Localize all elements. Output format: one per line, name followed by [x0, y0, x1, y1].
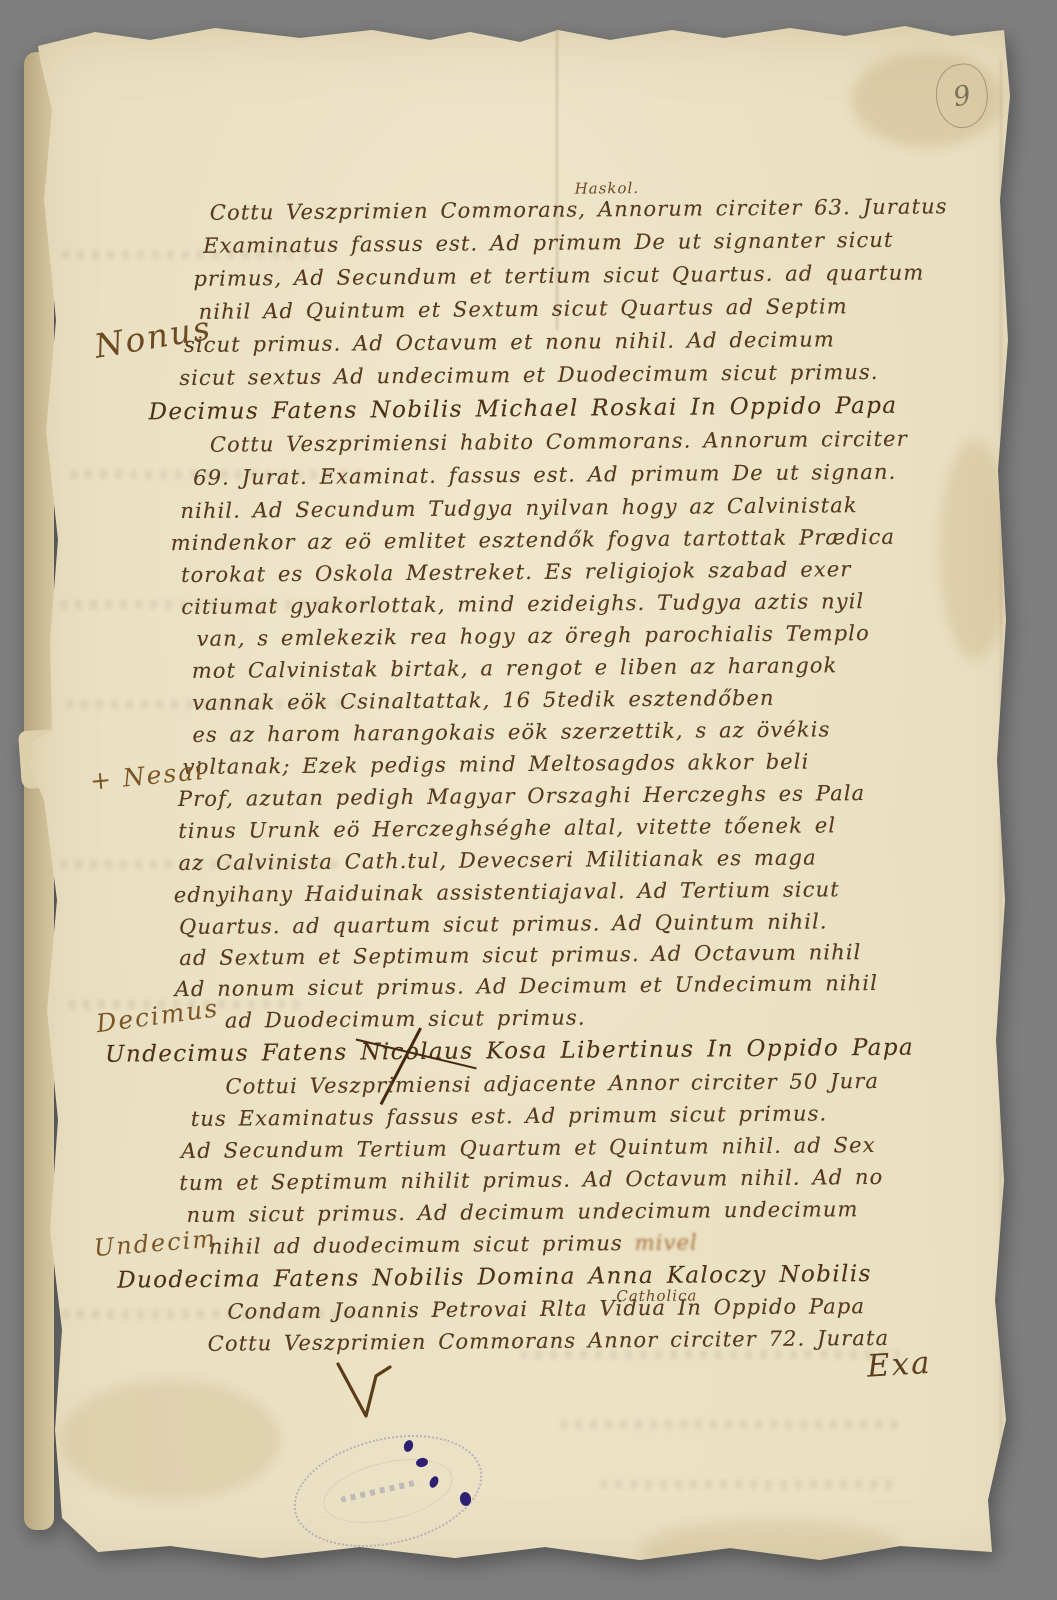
manuscript-line-section-start: Decimus Fatens Nobilis Michael Roskai In… [148, 393, 897, 426]
smudged-word: mivel [635, 1231, 698, 1256]
manuscript-line: ad Duodecimum sicut primus. [225, 1006, 586, 1033]
manuscript-line: es az harom harangokais eök szerzettik, … [192, 717, 830, 747]
undecimus-prefix: Undecimus Fatens [105, 1039, 360, 1067]
margin-note-nonus: Nonus [92, 308, 215, 366]
manuscript-line: Cottu Veszprimien Commorans, Annorum cir… [210, 194, 948, 224]
manuscript-line: tus Examinatus fassus est. Ad primum sic… [191, 1101, 828, 1131]
text-layer: Haskol. Cottu Veszprimien Commorans, Ann… [0, 0, 1057, 1600]
margin-note-undecim: Undecim [93, 1224, 218, 1262]
manuscript-line: Ad Secundum Tertium Quartum et Quintum n… [181, 1133, 876, 1163]
manuscript-line: Cottui Veszprimiensi adjacente Annor cir… [225, 1069, 879, 1099]
catchword: Exa [866, 1345, 933, 1385]
manuscript-line: nihil Ad Quintum et Sextum sicut Quartus… [199, 294, 848, 324]
manuscript-line-undecimus: Undecimus Fatens Nicolaus Kosa Libertinu… [105, 1035, 914, 1068]
pen-flourish [330, 1360, 404, 1428]
paper-wrap: Haskol. Cottu Veszprimien Commorans, Ann… [0, 0, 1057, 1600]
manuscript-line: tinus Urunk eö Herczeghséghe altal, vite… [178, 813, 836, 843]
manuscript-line: ad Sextum et Septimum sicut primus. Ad O… [179, 940, 861, 970]
manuscript-line: nihil. Ad Secundum Tudgya nyilvan hogy a… [180, 493, 857, 523]
manuscript-line: torokat es Oskola Mestreket. Es religioj… [181, 557, 852, 587]
undecimus-rest: Kosa Libertinus In Oppido Papa [473, 1035, 914, 1065]
manuscript-line: mindenkor az eö emlitet esztendők fogva … [171, 525, 896, 555]
manuscript-line: num sicut primus. Ad decimum undecimum u… [187, 1197, 859, 1227]
manuscript-scan: Haskol. Cottu Veszprimien Commorans, Ann… [0, 0, 1057, 1600]
manuscript-line: Prof, azutan pedigh Magyar Orszaghi Herc… [178, 781, 865, 811]
manuscript-line: 69. Jurat. Examinat. fassus est. Ad prim… [193, 460, 896, 490]
manuscript-line: Cottu Veszprimiensi habito Commorans. An… [210, 427, 908, 457]
manuscript-line: citiumat gyakorlottak, mind ezideighs. T… [181, 589, 864, 619]
interlinear-insertion: Haskol. [575, 179, 640, 198]
manuscript-line: sicut sextus Ad undecimum et Duodecimum … [179, 360, 878, 390]
margin-note-decimus: Decimus [95, 993, 221, 1038]
manuscript-line: voltanak; Ezek pedigs mind Meltosagdos a… [183, 750, 810, 779]
page-number-value: 9 [951, 79, 973, 113]
manuscript-line: Examinatus fassus est. Ad primum De ut s… [203, 228, 894, 258]
manuscript-line-duodecim: nihil ad duodecimum sicut primus mivel [209, 1231, 698, 1259]
manuscript-line: Ad nonum sicut primus. Ad Decimum et Und… [175, 971, 879, 1001]
manuscript-line: primus, Ad Secundum et tertium sicut Qua… [193, 261, 924, 291]
manuscript-line: ednyihany Haiduinak assistentiajaval. Ad… [174, 877, 840, 907]
manuscript-line: sicut primus. Ad Octavum et nonu nihil. … [184, 327, 835, 357]
manuscript-line: Cottu Veszprimien Commorans Annor circit… [208, 1326, 890, 1356]
crossed-out-name: Nicolaus [360, 1038, 473, 1065]
manuscript-line: mot Calvinistak birtak, a rengot e liben… [192, 653, 838, 683]
manuscript-line: az Calvinista Cath.tul, Devecseri Militi… [178, 845, 816, 875]
duodecim-text: nihil ad duodecimum sicut primus [209, 1231, 635, 1259]
manuscript-line: Quartus. ad quartum sicut primus. Ad Qui… [179, 909, 828, 939]
manuscript-line: Condam Joannis Petrovai Rlta Vidua In Op… [227, 1294, 865, 1324]
manuscript-line-section-start: Duodecima Fatens Nobilis Domina Anna Kal… [117, 1261, 872, 1294]
paper-sheet: Haskol. Cottu Veszprimien Commorans, Ann… [0, 0, 1057, 1600]
manuscript-line: tum et Septimum nihilit primus. Ad Octav… [179, 1165, 883, 1195]
manuscript-line: van, s emlekezik rea hogy az öregh paroc… [196, 621, 869, 651]
pen-flourish-stroke [330, 1360, 404, 1424]
manuscript-line: vannak eök Csinaltattak, 16 5tedik eszte… [192, 686, 775, 715]
